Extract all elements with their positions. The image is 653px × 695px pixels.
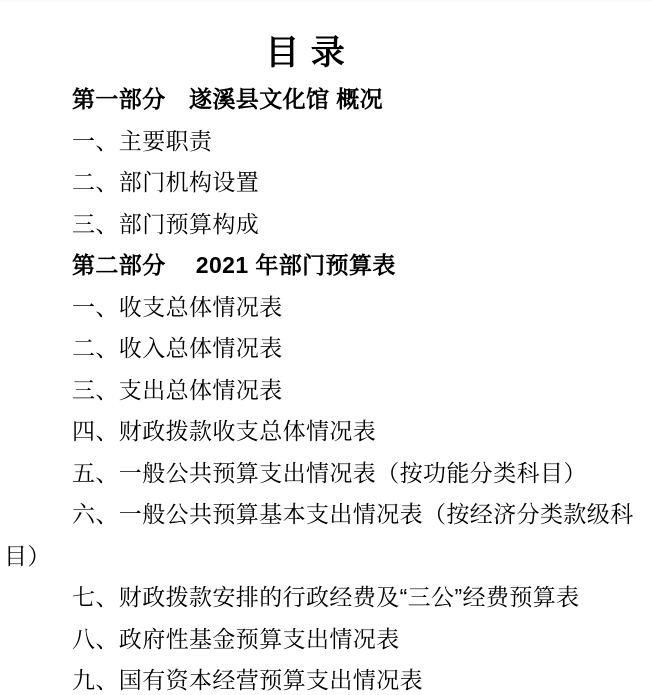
document-page: 目 录 第一部分 遂溪县文化馆 概况 一、主要职责 二、部门机构设置 三、部门预…: [0, 0, 653, 695]
toc-entry-part2-5: 五、一般公共预算支出情况表（按功能分类科目）: [4, 453, 643, 495]
toc-entry-part1-2: 二、部门机构设置: [4, 162, 643, 204]
toc-entry-part2-6: 六、一般公共预算基本支出情况表（按经济分类款级科目）: [4, 494, 643, 577]
toc-entry-part1-1: 一、主要职责: [4, 121, 643, 163]
toc-entry-part2-2: 二、收入总体情况表: [4, 328, 643, 370]
toc-entry-part1-3: 三、部门预算构成: [4, 204, 643, 246]
section-heading-1: 第一部分 遂溪县文化馆 概况: [4, 79, 643, 121]
toc-title: 目 录: [0, 0, 625, 76]
section-heading-2: 第二部分 2021 年部门预算表: [4, 245, 643, 287]
toc-entry-part2-1: 一、收支总体情况表: [4, 287, 643, 329]
toc-entry-part2-8: 八、政府性基金预算支出情况表: [4, 619, 643, 661]
toc-entry-part2-4: 四、财政拨款收支总体情况表: [4, 411, 643, 453]
toc-entry-part2-9: 九、国有资本经营预算支出情况表: [4, 660, 643, 695]
toc-entry-part2-7: 七、财政拨款安排的行政经费及“三公”经费预算表: [4, 577, 643, 619]
toc-entry-part2-3: 三、支出总体情况表: [4, 370, 643, 412]
